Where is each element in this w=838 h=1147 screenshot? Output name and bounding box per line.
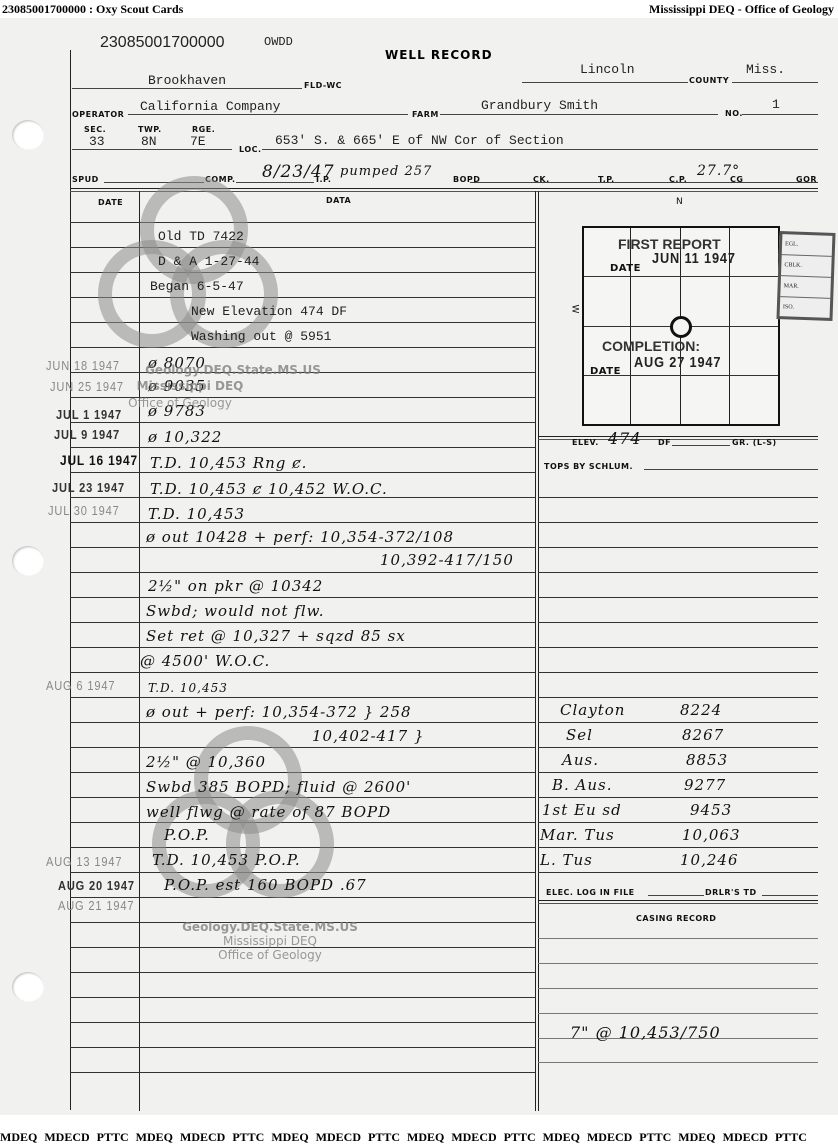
log-entry: T.D. 10,453 P.O.P.: [152, 851, 301, 869]
top-depth: 9453: [690, 801, 732, 819]
log-entry: ø out 10428 + perf: 10,354-372/108: [146, 528, 454, 546]
top-depth: 8853: [686, 751, 728, 769]
data-column-header: DATA: [326, 196, 351, 205]
compass-west: W: [569, 305, 579, 314]
log-date: AUG 13 1947: [46, 854, 122, 869]
field-label: FLD-WC: [304, 81, 342, 90]
watermark-text: Geology.DEQ.State.MS.US: [118, 363, 348, 377]
completion-date-label: DATE: [590, 366, 621, 377]
casing-value: 7" @ 10,453/750: [570, 1023, 721, 1042]
top-depth: 9277: [684, 776, 726, 794]
log-date: JUL 30 1947: [48, 503, 120, 518]
operator-label: OPERATOR: [72, 110, 124, 119]
watermark-text: Mississippi DEQ: [90, 379, 290, 393]
page-footer: MDEQ MDECD PTTC MDEQ MDECD PTTC MDEQ MDE…: [0, 1130, 838, 1145]
log-entry: Swbd; would not flw.: [146, 602, 325, 620]
log-date: AUG 6 1947: [46, 678, 115, 693]
log-entry: 10,402-417 }: [312, 727, 425, 745]
log-entry: Began 6-5-47: [150, 279, 244, 294]
log-date: JUL 16 1947: [60, 452, 138, 468]
ip-label: I.P.: [316, 175, 331, 184]
log-entry: Set ret @ 10,327 + sqzd 85 sx: [146, 627, 406, 645]
date-column-header: DATE: [98, 198, 123, 207]
log-date: AUG 20 1947: [58, 878, 135, 893]
top-name: L. Tus: [540, 851, 593, 869]
form-title: WELL RECORD: [385, 48, 493, 62]
page-header: 23085001700000 : Oxy Scout Cards Mississ…: [0, 0, 838, 18]
gr-label: GR. (L-S): [732, 438, 777, 447]
top-name: Clayton: [560, 701, 625, 719]
log-entry: T.D. 10,453: [148, 681, 228, 695]
log-entry: ø out + perf: 10,354-372 } 258: [146, 703, 412, 721]
log-entry: ø 10,322: [148, 428, 222, 446]
log-entry: D & A 1-27-44: [158, 254, 259, 269]
log-entry: P.O.P.: [164, 826, 210, 844]
county-value: Lincoln: [580, 62, 635, 77]
binder-hole: [12, 972, 44, 1002]
elec-log-label: ELEC. LOG IN FILE: [546, 888, 635, 897]
data-column-divider: [535, 191, 536, 1111]
sec-value: 33: [89, 134, 105, 149]
log-date: JUL 9 1947: [54, 427, 120, 442]
binder-hole: [12, 546, 44, 576]
log-entry: Swbd 385 BOPD; fluid @ 2600': [146, 778, 411, 796]
watermark-text: Office of Geology: [80, 396, 280, 410]
status-code: OWDD: [264, 35, 293, 49]
top-name: Mar. Tus: [540, 826, 615, 844]
watermark-text: Geology.DEQ.State.MS.US Mississippi DEQ …: [160, 920, 380, 962]
page-header-source: Mississippi DEQ - Office of Geology: [649, 2, 834, 17]
twp-value: 8N: [141, 134, 157, 149]
top-depth: 10,246: [680, 851, 739, 869]
twp-label: TWP.: [138, 125, 162, 134]
section-location-map: FIRST REPORT DATE JUN 11 1947 COMPLETION…: [582, 226, 780, 426]
log-entry: @ 4500' W.O.C.: [140, 652, 270, 670]
sec-label: SEC.: [84, 125, 106, 134]
scout-card: 23085001700000 OWDD WELL RECORD Brookhav…: [0, 18, 838, 1115]
farm-label: FARM: [412, 110, 439, 119]
routing-stamp: EGL. CBLK. MAR. ISO.: [776, 231, 835, 321]
well-no-label: NO.: [725, 109, 743, 118]
log-entry: Old TD 7422: [158, 229, 244, 244]
page-header-title: 23085001700000 : Oxy Scout Cards: [2, 2, 183, 17]
top-depth: 8267: [682, 726, 724, 744]
ip-value: pumped 257: [340, 164, 432, 179]
log-date: JUN 18 1947: [46, 358, 120, 373]
top-depth: 10,063: [682, 826, 741, 844]
top-name: Aus.: [562, 751, 599, 769]
first-report-date-label: DATE: [610, 263, 641, 274]
well-no-value: 1: [772, 97, 780, 112]
drlr-td-label: DRLR'S TD: [705, 888, 757, 897]
log-entry: 2½" @ 10,360: [146, 753, 266, 771]
spud-label: SPUD: [72, 175, 99, 184]
log-entry: P.O.P. est 160 BOPD .67: [164, 876, 367, 894]
log-entry: Washing out @ 5951: [191, 329, 331, 344]
compass-north: N: [676, 197, 683, 207]
completion-date: AUG 27 1947: [634, 354, 721, 371]
farm-value: Grandbury Smith: [481, 98, 598, 113]
log-entry: New Elevation 474 DF: [191, 304, 347, 319]
top-name: 1st Eu sd: [542, 801, 622, 819]
elev-value: 474: [608, 429, 642, 448]
top-name: Sel: [566, 726, 593, 744]
tops-label: TOPS BY SCHLUM.: [544, 462, 633, 471]
completion-label: COMPLETION:: [602, 338, 700, 354]
rge-value: 7E: [190, 134, 206, 149]
state-value: Miss.: [746, 62, 785, 77]
df-label: DF: [658, 438, 671, 447]
casing-record-label: CASING RECORD: [636, 914, 716, 923]
top-depth: 8224: [680, 701, 722, 719]
log-entry: well flwg @ rate of 87 BOPD: [146, 803, 391, 821]
log-date: AUG 21 1947: [58, 898, 134, 913]
binder-hole: [12, 120, 44, 150]
log-entry: T.D. 10,453: [148, 505, 245, 523]
operator-value: California Company: [140, 99, 280, 114]
elev-label: ELEV.: [572, 438, 599, 447]
log-entry: 10,392-417/150: [380, 551, 514, 569]
location-value: 653' S. & 665' E of NW Cor of Section: [275, 133, 564, 148]
log-entry: 2½" on pkr @ 10342: [148, 577, 323, 595]
field-value: Brookhaven: [148, 73, 226, 88]
loc-label: LOC.: [239, 145, 262, 154]
well-location-marker: [670, 316, 692, 338]
log-entry: T.D. 10,453 ȼ 10,452 W.O.C.: [150, 480, 388, 498]
card-left-border: [70, 50, 71, 1110]
county-label: COUNTY: [689, 76, 729, 85]
first-report-date: JUN 11 1947: [652, 250, 736, 267]
log-date: JUL 23 1947: [52, 480, 125, 495]
log-entry: T.D. 10,453 Rng ȼ.: [150, 454, 307, 472]
api-number: 23085001700000: [100, 34, 225, 52]
rge-label: RGE.: [192, 125, 215, 134]
top-name: B. Aus.: [552, 776, 613, 794]
